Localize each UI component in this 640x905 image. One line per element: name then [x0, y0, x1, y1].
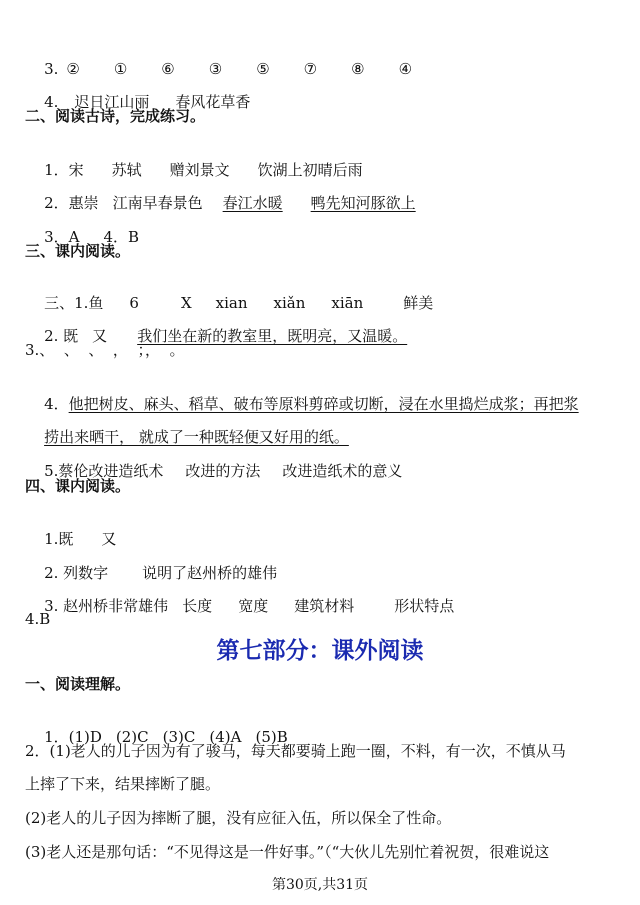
answer-line-5-2b: 上摔了下来，结果摔断了腿。: [25, 774, 220, 794]
answer-value: 形状特点: [394, 597, 454, 615]
underlined-answer: 春江水暖: [223, 194, 283, 212]
part-title: 第七部分：课外阅读: [0, 636, 640, 666]
answer-line-5-2c: (2)老人的儿子因为摔断了腿，没有应征入伍，所以保全了性命。: [25, 808, 451, 828]
answer-line-5-2d: (3)老人还是那句话：“不见得这是一件好事。”（“大伙儿先别忙着祝贺，很难说这: [25, 842, 549, 862]
answer-value: ④: [399, 60, 412, 78]
section-heading-5: 一、阅读理解。: [25, 674, 130, 694]
answer-value: 宽度: [238, 597, 268, 615]
answer-value: ⑤: [256, 60, 269, 78]
underlined-answer: 鸭先知河豚欲上: [311, 194, 416, 212]
answer-value: 3. 赵州桥非常雄伟: [44, 597, 168, 615]
answer-value: 改进的方法: [185, 462, 260, 480]
section-heading-3: 三、课内阅读。: [25, 241, 130, 261]
page-footer: 第30页,共31页: [0, 876, 640, 894]
answer-line-3-3: 3.、 、 、 ， ；， 。: [25, 340, 185, 360]
answer-line-5-2a: 2．(1)老人的儿子因为有了骏马，每天都要骑上跑一圈，不料，有一次，不慎从马: [25, 741, 566, 761]
answer-value: ⑧: [351, 60, 364, 78]
answer-line-4-3: 3. 赵州桥非常雄伟长度宽度建筑材料形状特点: [25, 576, 454, 636]
section-heading-2: 二、阅读古诗，完成练习。: [25, 106, 205, 126]
answer-value: 长度: [182, 597, 212, 615]
answer-value: ⑦: [304, 60, 317, 78]
answer-line-4-4: 4.B: [25, 609, 50, 629]
section-heading-4: 四、课内阅读。: [25, 476, 130, 496]
answer-value: 鲜美: [403, 294, 433, 312]
answer-value: 改进造纸术的意义: [282, 462, 402, 480]
answer-value: 建筑材料: [294, 597, 354, 615]
